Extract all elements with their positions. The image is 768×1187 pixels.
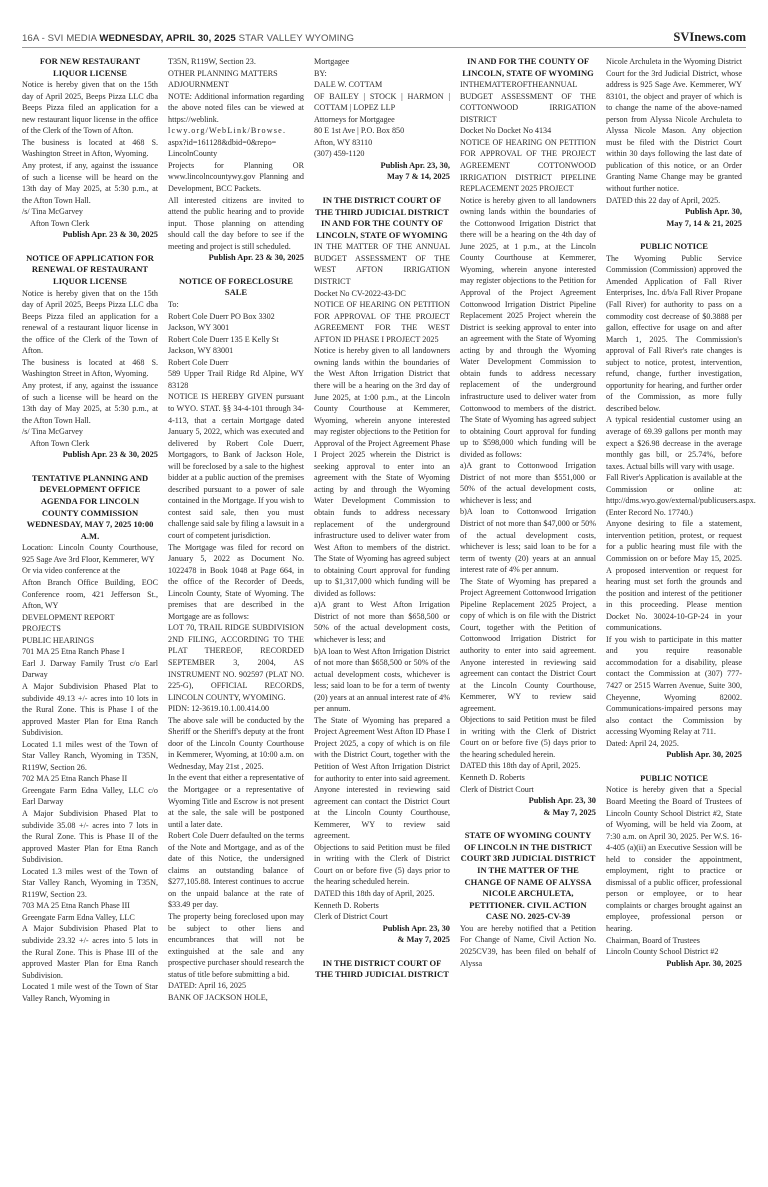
agenda-line: Earl J. Darway Family Trust c/o Earl Dar… (22, 658, 158, 681)
addressee-line: Robert Cole Duerr 135 E Kelly St (168, 334, 304, 346)
notice-paragraph: The business is located at 468 S. Washin… (22, 357, 158, 380)
addressee-line: 589 Upper Trail Ridge Rd Alpine, WY 8312… (168, 368, 304, 391)
agenda-line: A Major Subdivision Phased Plat to subdi… (22, 923, 158, 981)
dated-line: Dated: April 24, 2025. (606, 738, 742, 750)
signature-line: (307) 459-1120 (314, 148, 450, 160)
notice-west-afton-irrigation: IN THE DISTRICT COURT OF THE THIRD JUDIC… (314, 195, 450, 946)
notice-title: IN THE DISTRICT COURT OF THE THIRD JUDIC… (314, 958, 450, 981)
signature-line: DALE W. COTTAM (314, 79, 450, 91)
signature-line: Clerk of District Court (314, 911, 450, 923)
notice-paragraph: The Wyoming Public Service Commission (C… (606, 253, 742, 415)
notice-cottonwood-irrigation-head: IN THE DISTRICT COURT OF THE THIRD JUDIC… (314, 958, 450, 981)
mortgagee-name: BANK OF JACKSON HOLE, (168, 992, 304, 1004)
notice-paragraph: In the event that either a representativ… (168, 772, 304, 830)
publish-dates: Publish Apr. 23 & 30, 2025 (168, 252, 304, 264)
notice-renewal-liquor-license: NOTICE OF APPLICATION FOR RENEWAL OF RES… (22, 253, 158, 461)
dated-line: DATED this 18th day of April, 2025. (460, 760, 596, 772)
dated-line: DATED this 22 day of April, 2025. (606, 195, 742, 207)
weblink-url[interactable]: lcwy.org/WebLink/Browse. (168, 125, 304, 137)
notice-paragraph: If you wish to participate in this matte… (606, 634, 742, 738)
addressee-line: Robert Cole Duerr PO Box 3302 (168, 311, 304, 323)
notice-paragraph: Notice is hereby given to all landowners… (460, 195, 596, 461)
publish-dates: Publish Apr. 23, 30, (314, 160, 450, 172)
header-left: 16A - SVI MEDIA WEDNESDAY, APRIL 30, 202… (22, 33, 354, 44)
notice-paragraph: NOTICE OF HEARING ON PETITION FOR APPROV… (314, 299, 450, 345)
agenda-line: A Major Subdivision Phased Plat to subdi… (22, 681, 158, 739)
addressee-line: Jackson, WY 3001 (168, 322, 304, 334)
notice-title: IN AND FOR THE COUNTY OF LINCOLN, STATE … (460, 56, 596, 79)
publish-dates: May 7 & 14, 2025 (314, 171, 450, 183)
notice-paragraph: The above sale will be conducted by the … (168, 715, 304, 773)
agenda-line: OTHER PLANNING MATTERS (168, 68, 304, 80)
signature: /s/ Tina McGarvey (22, 206, 158, 218)
notice-paragraph: Nicole Archuleta in the Wyoming District… (606, 56, 742, 195)
addressee-line: Jackson, WY 83001 (168, 345, 304, 357)
notice-paragraph: a)A grant to Cottonwood Irrigation Distr… (460, 460, 596, 506)
signature-line: Clerk of District Court (460, 784, 596, 796)
column-3: Mortgagee BY: DALE W. COTTAM OF BAILEY |… (314, 56, 450, 1016)
signature-line: BY: (314, 68, 450, 80)
notice-paragraph: You are hereby notified that a Petition … (460, 923, 596, 969)
notice-title: PUBLIC NOTICE (606, 773, 742, 785)
dated-line: DATED: April 16, 2025 (168, 980, 304, 992)
notice-paragraph: a)A grant to West Afton Irrigation Distr… (314, 599, 450, 645)
docket-number: Docket No CV-2022-43-DC (314, 288, 450, 300)
agenda-line: ADJOURNMENT (168, 79, 304, 91)
notice-foreclosure-sale-cont: Mortgagee BY: DALE W. COTTAM OF BAILEY |… (314, 56, 450, 183)
agenda-line: Projects for Planning OR www.lincolncoun… (168, 160, 304, 195)
agenda-line: Located 1.1 miles west of the Town of St… (22, 739, 158, 774)
notice-paragraph: INTHEMATTEROFTHEANNUAL BUDGET ASSESSMENT… (460, 79, 596, 125)
notice-title: TENTATIVE PLANNING AND DEVELOPMENT OFFIC… (22, 473, 158, 543)
notice-name-change-cont: Nicole Archuleta in the Wyoming District… (606, 56, 742, 229)
site-name[interactable]: SVInews.com (673, 30, 746, 45)
publish-dates: Publish Apr. 23, 30 (460, 795, 596, 807)
notice-school-board-meeting: PUBLIC NOTICE Notice is hereby given tha… (606, 773, 742, 969)
pidn: PIDN: 12-3619.10.1.00.414.00 (168, 703, 304, 715)
agenda-line: All interested citizens are invited to a… (168, 195, 304, 253)
legal-description: LOT 70, TRAIL RIDGE SUBDIVISION 2ND FILI… (168, 622, 304, 703)
page-label: 16A - SVI MEDIA (22, 33, 97, 44)
notice-new-liquor-license: FOR NEW RESTAURANT LIQUOR LICENSE Notice… (22, 56, 158, 241)
notice-title: FOR NEW RESTAURANT LIQUOR LICENSE (22, 56, 158, 79)
notice-paragraph: Notice is hereby given to all landowners… (314, 345, 450, 599)
agenda-line: 701 MA 25 Etna Ranch Phase I (22, 646, 158, 658)
notice-cottonwood-irrigation: IN AND FOR THE COUNTY OF LINCOLN, STATE … (460, 56, 596, 818)
signature: /s/ Tina McGarvey (22, 426, 158, 438)
signature-line: Afton, WY 83110 (314, 137, 450, 149)
notice-name-change: STATE OF WYOMING COUNTY OF LINCOLN IN TH… (460, 830, 596, 969)
signature-line: Kenneth D. Roberts (460, 772, 596, 784)
notice-paragraph: Fall River's Application is available at… (606, 472, 742, 518)
agenda-line: 702 MA 25 Etna Ranch Phase II (22, 773, 158, 785)
addressee-line: Robert Cole Duerr (168, 357, 304, 369)
notice-paragraph: Anyone desiring to file a statement, int… (606, 518, 742, 633)
publish-dates: Publish Apr. 23, 30 (314, 923, 450, 935)
publish-dates: Publish Apr. 30, (606, 206, 742, 218)
agenda-line: Greengate Farm Edna Valley, LLC c/o Earl… (22, 785, 158, 808)
notice-title: IN THE DISTRICT COURT OF THE THIRD JUDIC… (314, 195, 450, 241)
issue-date: WEDNESDAY, APRIL 30, 2025 (99, 33, 236, 44)
publish-dates: Publish Apr. 23 & 30, 2025 (22, 449, 158, 461)
notice-paragraph: b)A loan to Cottonwood Irrigation Distri… (460, 506, 596, 575)
agenda-line: Located 1.3 miles west of the Town of St… (22, 866, 158, 901)
notice-paragraph: NOTICE IS HEREBY GIVEN pursuant to WYO. … (168, 391, 304, 541)
notice-paragraph: Notice is hereby given that on the 15th … (22, 79, 158, 137)
addressee-line: To: (168, 299, 304, 311)
publish-dates: Publish Apr. 30, 2025 (606, 749, 742, 761)
agenda-line: A Major Subdivision Phased Plat to subdi… (22, 808, 158, 866)
notice-foreclosure-sale: NOTICE OF FORECLOSURE SALE To: Robert Co… (168, 276, 304, 1004)
publish-dates: May 7, 14 & 21, 2025 (606, 218, 742, 230)
agenda-line: Greengate Farm Edna Valley, LLC (22, 912, 158, 924)
notice-paragraph: The business is located at 468 S. Washin… (22, 137, 158, 160)
column-1: FOR NEW RESTAURANT LIQUOR LICENSE Notice… (22, 56, 158, 1016)
signature-line: 80 E 1st Ave | P.O. Box 850 (314, 125, 450, 137)
agenda-line: 703 MA 25 Etna Ranch Phase III (22, 900, 158, 912)
docket-number: Docket No Docket No 4134 (460, 125, 596, 137)
publish-dates: & May 7, 2025 (460, 807, 596, 819)
notice-paragraph: A typical residential customer using an … (606, 414, 742, 472)
signature-line: Chairman, Board of Trustees (606, 935, 742, 947)
notice-paragraph: b)A loan to West Afton Irrigation Distri… (314, 646, 450, 715)
weblink-url[interactable]: aspx?id=161128&dbid=0&repo= (168, 137, 304, 149)
publish-dates: Publish Apr. 23 & 30, 2025 (22, 229, 158, 241)
signer-title: Afton Town Clerk (22, 218, 158, 230)
notice-paragraph: Any protest, if any, against the issuanc… (22, 380, 158, 426)
notice-title: NOTICE OF FORECLOSURE SALE (168, 276, 304, 299)
dated-line: DATED this 18th day of April, 2025. (314, 888, 450, 900)
agenda-line: Or via video conference at the (22, 565, 158, 577)
column-2: T35N, R119W, Section 23. OTHER PLANNING … (168, 56, 304, 1016)
notice-planning-agenda: TENTATIVE PLANNING AND DEVELOPMENT OFFIC… (22, 473, 158, 1004)
notice-title: NOTICE OF APPLICATION FOR RENEWAL OF RES… (22, 253, 158, 288)
signature-line: Mortgagee (314, 56, 450, 68)
notice-planning-agenda-cont: T35N, R119W, Section 23. OTHER PLANNING … (168, 56, 304, 264)
notice-paragraph: IN THE MATTER OF THE ANNUAL BUDGET ASSES… (314, 241, 450, 287)
notice-paragraph: Robert Cole Duerr defaulted on the terms… (168, 830, 304, 911)
agenda-line: Location: Lincoln County Courthouse, 925… (22, 542, 158, 565)
signature-line: Kenneth D. Roberts (314, 900, 450, 912)
weblink-url[interactable]: LincolnCounty (168, 148, 304, 160)
notice-paragraph: Notice is hereby given that on the 15th … (22, 288, 158, 357)
agenda-line: PROJECTS (22, 623, 158, 635)
agenda-line: DEVELOPMENT REPORT (22, 612, 158, 624)
page-header: 16A - SVI MEDIA WEDNESDAY, APRIL 30, 202… (22, 30, 746, 48)
notice-title: PUBLIC NOTICE (606, 241, 742, 253)
notice-title: STATE OF WYOMING COUNTY OF LINCOLN IN TH… (460, 830, 596, 923)
agenda-line: NOTE: Additional information regarding t… (168, 91, 304, 126)
notice-fall-river-propane: PUBLIC NOTICE The Wyoming Public Service… (606, 241, 742, 761)
notice-paragraph: The property being foreclosed upon may b… (168, 911, 304, 980)
notice-paragraph: The State of Wyoming has prepared a Proj… (314, 715, 450, 842)
section-name: STAR VALLEY WYOMING (239, 33, 354, 44)
agenda-line: T35N, R119W, Section 23. (168, 56, 304, 68)
signature-line: Attorneys for Mortgagee (314, 114, 450, 126)
notice-paragraph: The Mortgage was filed for record on Jan… (168, 542, 304, 623)
publish-dates: Publish Apr. 30, 2025 (606, 958, 742, 970)
signature-line: Lincoln County School District #2 (606, 946, 742, 958)
column-4: IN AND FOR THE COUNTY OF LINCOLN, STATE … (460, 56, 596, 1016)
newspaper-page: 16A - SVI MEDIA WEDNESDAY, APRIL 30, 202… (0, 0, 768, 1187)
notice-paragraph: The State of Wyoming has prepared a Proj… (460, 576, 596, 715)
notice-paragraph: Notice is hereby given that a Special Bo… (606, 784, 742, 934)
column-5: Nicole Archuleta in the Wyoming District… (606, 56, 742, 1016)
signature-line: OF BAILEY | STOCK | HARMON | COTTAM | LO… (314, 91, 450, 114)
agenda-line: PUBLIC HEARINGS (22, 635, 158, 647)
agenda-line: Located 1 mile west of the Town of Star … (22, 981, 158, 1004)
publish-dates: & May 7, 2025 (314, 934, 450, 946)
columns: FOR NEW RESTAURANT LIQUOR LICENSE Notice… (22, 56, 746, 1016)
notice-paragraph: Objections to said Petition must be file… (460, 714, 596, 760)
agenda-line: Afton Branch Office Building, EOC Confer… (22, 577, 158, 612)
notice-paragraph: Objections to said Petition must be file… (314, 842, 450, 888)
signer-title: Afton Town Clerk (22, 438, 158, 450)
notice-paragraph: Any protest, if any, against the issuanc… (22, 160, 158, 206)
notice-paragraph: NOTICE OF HEARING ON PETITION FOR APPROV… (460, 137, 596, 195)
